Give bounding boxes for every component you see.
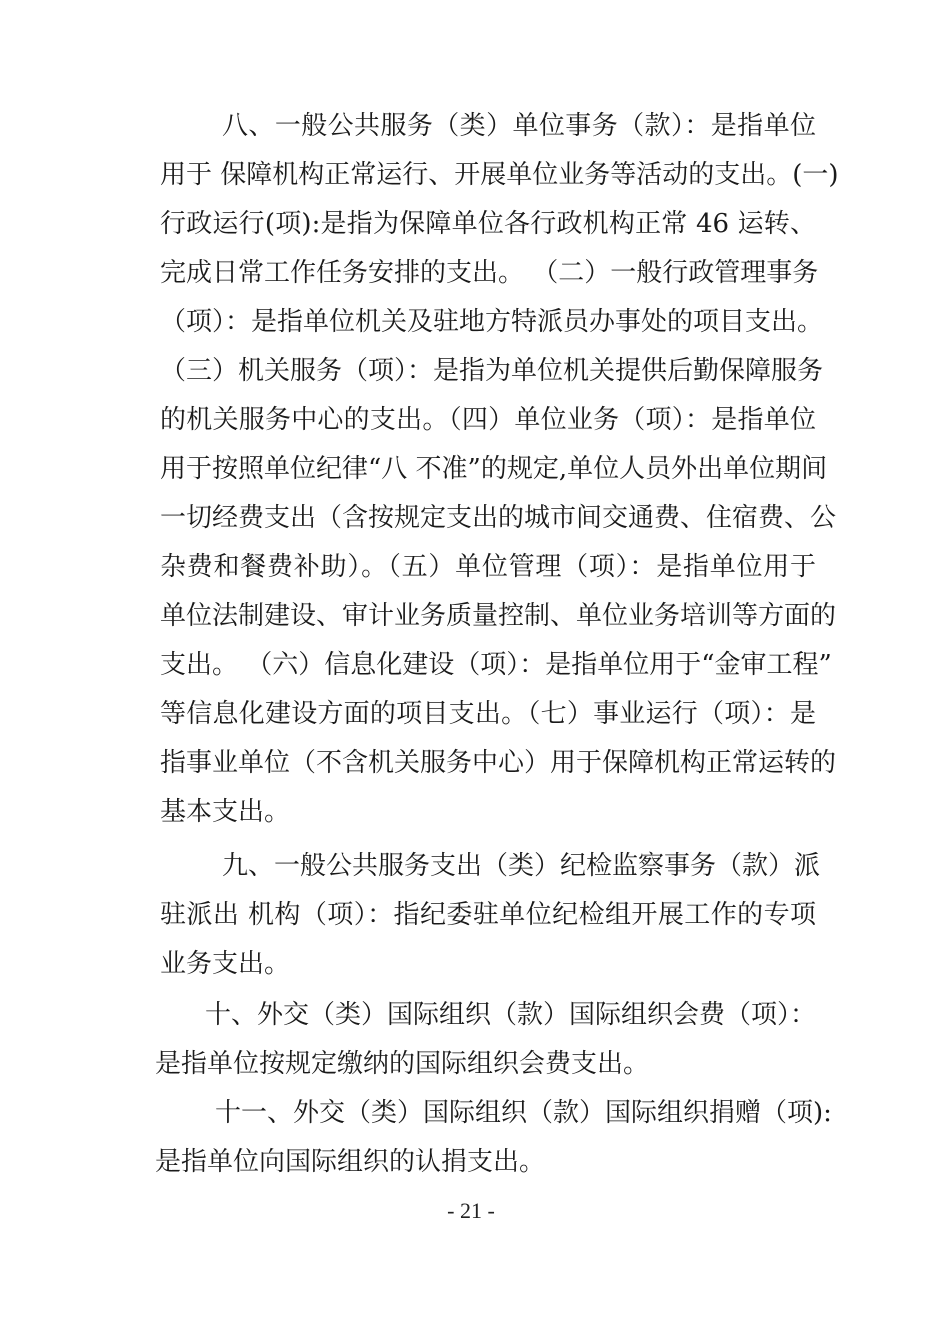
text-line: 是指单位按规定缴纳的国际组织会费支出。	[155, 1044, 816, 1084]
text-line: 十一、外交（类）国际组织（款）国际组织捐赠（项):	[215, 1093, 816, 1133]
text-line: 指事业单位（不含机关服务中心）用于保障机构正常运转的	[160, 743, 816, 783]
text-line: 支出。 （六）信息化建设（项）：是指单位用于“金审工程”	[160, 645, 816, 685]
text-line: 的机关服务中心的支出。（四）单位业务（项）：是指单位	[160, 400, 816, 440]
text-line: 完成日常工作任务安排的支出。 （二）一般行政管理事务	[160, 253, 816, 293]
text-line: 八、一般公共服务（类）单位事务（款）：是指单位	[222, 106, 816, 146]
text-line: 基本支出。	[160, 792, 816, 832]
text-line: 用于按照单位纪律“八 不准”的规定,单位人员外出单位期间	[160, 449, 816, 489]
text-line: 一切经费支出（含按规定支出的城市间交通费、住宿费、公	[160, 498, 816, 538]
text-line: 用于 保障机构正常运行、开展单位业务等活动的支出。(一)	[160, 155, 816, 195]
text-line: 十、外交（类）国际组织（款）国际组织会费（项）：	[205, 995, 816, 1035]
text-line: 杂费和餐费补助）。（五）单位管理（项）：是指单位用于	[160, 547, 816, 587]
text-line: 驻派出 机构（项）：指纪委驻单位纪检组开展工作的专项	[160, 895, 816, 935]
text-line: 单位法制建设、审计业务质量控制、单位业务培训等方面的	[160, 596, 816, 636]
document-page: 八、一般公共服务（类）单位事务（款）：是指单位用于 保障机构正常运行、开展单位业…	[0, 0, 942, 1333]
text-line: （项）：是指单位机关及驻地方特派员办事处的项目支出。	[160, 302, 816, 342]
text-line: 九、一般公共服务支出（类）纪检监察事务（款）派	[222, 846, 816, 886]
text-line: 是指单位向国际组织的认捐支出。	[155, 1142, 816, 1182]
page-number: - 21 -	[0, 1198, 942, 1224]
text-line: 业务支出。	[160, 944, 816, 984]
text-line: 等信息化建设方面的项目支出。（七）事业运行（项）：是	[160, 694, 816, 734]
text-line: 行政运行(项):是指为保障单位各行政机构正常 46 运转、	[160, 204, 816, 244]
text-line: （三）机关服务（项）：是指为单位机关提供后勤保障服务	[160, 351, 816, 391]
